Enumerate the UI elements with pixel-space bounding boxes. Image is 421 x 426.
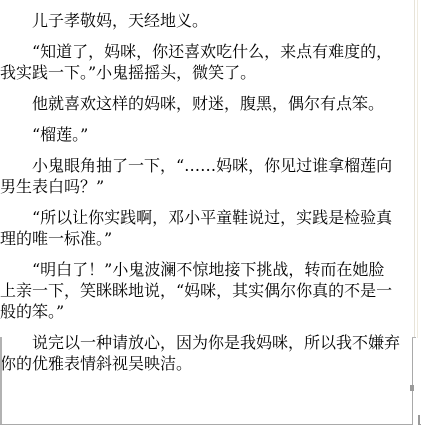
paragraph: 他就喜欢这样的妈咪，财迷，腹黑，偶尔有点笨。 bbox=[0, 93, 413, 114]
paragraph: “所以让你实践啊，邓小平童鞋说过，实践是检验真理的唯一标准。” bbox=[0, 207, 413, 249]
text-line: 小鬼眼角抽了一下，“……妈咪，你见过谁拿榴莲向 bbox=[0, 155, 413, 176]
frame-border-right-tick bbox=[412, 337, 416, 338]
text-line: 儿子孝敬妈，天经地义。 bbox=[0, 10, 413, 31]
paragraph: 说完以一种请放心，因为你是我妈咪，所以我不嫌弃你的优雅表情斜视吴映洁。 bbox=[0, 332, 413, 374]
text-line: 他就喜欢这样的妈咪，财迷，腹黑，偶尔有点笨。 bbox=[0, 93, 413, 114]
text-line: 说完以一种请放心，因为你是我妈咪，所以我不嫌弃 bbox=[0, 332, 413, 353]
paragraph: “榴莲。” bbox=[0, 124, 413, 145]
text-line: “知道了，妈咪，你还喜欢吃什么，来点有难度的， bbox=[0, 41, 413, 62]
paragraph: “知道了，妈咪，你还喜欢吃什么，来点有难度的，我实践一下。”小鬼摇摇头，微笑了。 bbox=[0, 41, 413, 83]
text-line: 男生表白吗？” bbox=[0, 176, 413, 197]
text-line: “榴莲。” bbox=[0, 124, 413, 145]
text-line: 你的优雅表情斜视吴映洁。 bbox=[0, 353, 413, 374]
text-line: “明白了！”小鬼波澜不惊地接下挑战，转而在她脸 bbox=[0, 259, 413, 280]
frame-border-bottom bbox=[0, 424, 413, 425]
frame-border-right bbox=[412, 337, 413, 425]
column-divider-line-2 bbox=[417, 0, 418, 338]
text-line: 上亲一下，笑眯眯地说，“妈咪，其实偶尔你真的不是一 bbox=[0, 280, 413, 301]
scrollbar-nub[interactable] bbox=[410, 385, 414, 391]
frame-border-left bbox=[0, 337, 2, 425]
text-line: 我实践一下。”小鬼摇摇头，微笑了。 bbox=[0, 62, 413, 83]
paragraph: “明白了！”小鬼波澜不惊地接下挑战，转而在她脸上亲一下，笑眯眯地说，“妈咪，其实… bbox=[0, 259, 413, 322]
paragraph: 小鬼眼角抽了一下，“……妈咪，你见过谁拿榴莲向男生表白吗？” bbox=[0, 155, 413, 197]
paragraph: 儿子孝敬妈，天经地义。 bbox=[0, 10, 413, 31]
text-content: 儿子孝敬妈，天经地义。“知道了，妈咪，你还喜欢吃什么，来点有难度的，我实践一下。… bbox=[0, 10, 413, 384]
text-line: 般的笨。” bbox=[0, 301, 413, 322]
text-line: 理的唯一标准。” bbox=[0, 228, 413, 249]
text-line: “所以让你实践啊，邓小平童鞋说过，实践是检验真 bbox=[0, 207, 413, 228]
column-divider-line bbox=[414, 0, 415, 338]
